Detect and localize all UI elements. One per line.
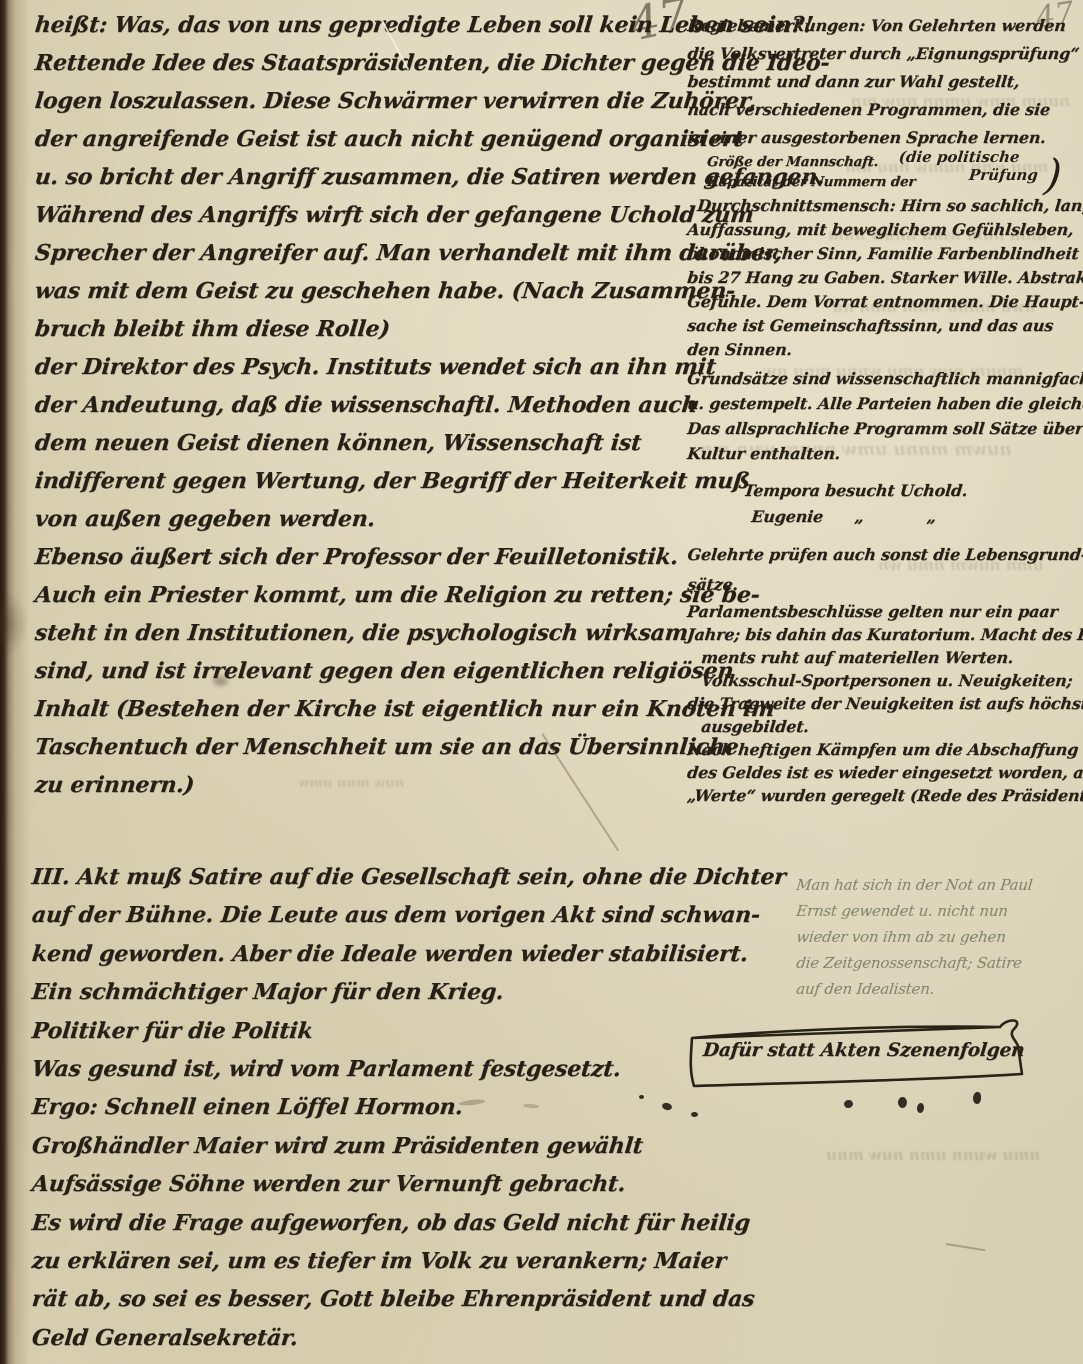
manuscript-line: heißt: Was, das von uns gepredigte Leben… [33,6,685,44]
ink-speck [843,1099,853,1108]
pencil-annotation-line: wieder von ihm ab zu gehen [795,924,1068,950]
side-note-politische-pruefung: (die politische Prüfung ) [896,148,1041,184]
pencil-annotation-line: Man hat sich in der Not an Paul [795,872,1068,898]
ink-speck [916,1103,924,1114]
manuscript-line: Tempora besucht Uchold. [742,478,1083,504]
pencil-annotation-line: Ernst gewendet u. nicht nun [795,898,1068,924]
manuscript-line: sätze. [686,570,1083,600]
ink-speck [973,1092,981,1104]
manuscript-line: Jahre; bis dahin das Kuratorium. Macht d… [686,623,1083,646]
manuscript-line: Ein schmächtiger Major für den Krieg. [30,973,689,1011]
manuscript-line: ausgebildet. [700,715,1083,738]
manuscript-line: sache ist Gemeinschaftssinn, und das aus [686,314,1083,338]
manuscript-line: die Tragweite der Neuigkeiten ist aufs h… [686,692,1083,715]
manuscript-line: Geld Generalsekretär. [30,1319,689,1357]
manuscript-line: „Werte“ wurden geregelt (Rede des Präsid… [686,784,1083,807]
manuscript-line: Taschentuch der Menschheit um sie an das… [33,728,685,766]
manuscript-line: Sprecher der Angreifer auf. Man verhande… [33,234,685,272]
manuscript-line: Ergo: Schnell einen Löffel Hormon. [30,1088,689,1126]
manuscript-line: Es wird die Frage aufgeworfen, ob das Ge… [30,1204,689,1242]
ghost-line: nmu wunn umn nuw mnu [826,1146,1040,1164]
scratch-mark [946,1243,986,1251]
manuscript-line: Politiker für die Politik [30,1012,689,1050]
manuscript-line: Rettende Idee des Staatspräsidenten, die… [33,44,685,82]
manuscript-line: auf der Bühne. Die Leute aus dem vorigen… [30,896,689,934]
manuscript-line: zu erinnern.) [33,766,685,804]
manuscript-line: bestimmt und dann zur Wahl gestellt, [686,68,1083,96]
manuscript-line: Durchschnittsmensch: Hirn so sachlich, l… [696,194,1083,218]
manuscript-line: nach verschiedenen Programmen, die sie [686,96,1083,124]
manuscript-line: Regiebemerkungen: Von Gelehrten werden [686,12,1083,40]
manuscript-line: des Geldes ist es wieder eingesetzt word… [686,761,1083,784]
boxed-note: Dafür statt Akten Szenenfolgen [678,1014,1044,1100]
left-column-part1: heißt: Was, das von uns gepredigte Leben… [33,6,681,804]
manuscript-line: von außen gegeben werden. [33,500,685,538]
side-note-line: (die politische [898,148,1041,166]
manuscript-line: kend geworden. Aber die Ideale werden wi… [30,935,689,973]
manuscript-line: Aufsässige Söhne werden zur Vernunft geb… [30,1165,689,1203]
manuscript-line: sind, und ist irrelevant gegen den eigen… [33,652,685,690]
right-column: Regiebemerkungen: Von Gelehrten werdendi… [686,12,1083,807]
manuscript-line: Nach heftigen Kämpfen um die Abschaffung [686,738,1083,761]
manuscript-line: bruch bleibt ihm diese Rolle) [33,310,685,348]
manuscript-line: indifferent gegen Wertung, der Begriff d… [33,462,685,500]
manuscript-line: Eugenie „ „ [750,504,1083,530]
manuscript-line: der angreifende Geist ist auch nicht gen… [33,120,685,158]
manuscript-line: Volksschul-Sportpersonen u. Neuigkeiten; [700,669,1083,692]
manuscript-page: nuum mnw umnn nuw mnmnu wnn numw nnu umu… [0,0,1083,1364]
manuscript-line: Während des Angriffs wirft sich der gefa… [33,196,685,234]
manuscript-line: Was gesund ist, wird vom Parlament festg… [30,1050,689,1088]
manuscript-line: bis 27 Hang zu Gaben. Starker Wille. Abs… [686,266,1083,290]
manuscript-line: ökonomischer Sinn, Familie Farbenblindhe… [686,242,1083,266]
ink-speck [898,1097,907,1108]
manuscript-line: dem neuen Geist dienen können, Wissensch… [33,424,685,462]
ink-speck [639,1095,644,1099]
manuscript-line: Auffassung, mit beweglichem Gefühlsleben… [686,218,1083,242]
manuscript-line: Inhalt (Bestehen der Kirche ist eigentli… [33,690,685,728]
pencil-annotation-line: die Zeitgenossenschaft; Satire [795,950,1068,976]
manuscript-line: zu erklären sei, um es tiefer im Volk zu… [30,1242,689,1280]
manuscript-line: u. so bricht der Angriff zusammen, die S… [33,158,685,196]
manuscript-line: was mit dem Geist zu geschehen habe. (Na… [33,272,685,310]
manuscript-line: Das allsprachliche Programm soll Sätze ü… [686,416,1083,441]
side-note-line: Prüfung [968,166,1039,184]
manuscript-line: den Sinnen. [686,338,1083,362]
manuscript-line: Auch ein Priester kommt, um die Religion… [33,576,685,614]
ink-speck [691,1112,698,1117]
manuscript-line: Parlamentsbeschlüsse gelten nur ein paar [686,600,1083,623]
manuscript-line: ments ruht auf materiellen Werten. [700,646,1083,669]
ink-speck [213,676,228,686]
manuscript-line: rät ab, so sei es besser, Gott bleibe Eh… [30,1280,689,1318]
manuscript-line: III. Akt muß Satire auf die Gesellschaft… [30,858,689,896]
manuscript-line: der Direktor des Psych. Instituts wendet… [33,348,685,386]
pencil-annotation: Man hat sich in der Not an PaulErnst gew… [795,872,1065,1002]
pencil-annotation-line: auf den Idealisten. [795,976,1068,1002]
manuscript-line: Gelehrte prüfen auch sonst die Lebensgru… [686,540,1083,570]
manuscript-line: logen loszulassen. Diese Schwärmer verwi… [33,82,685,120]
manuscript-line: Gefühle. Dem Vorrat entnommen. Die Haupt… [686,290,1083,314]
left-column-part2: III. Akt muß Satire auf die Gesellschaft… [30,858,685,1357]
manuscript-line: der Andeutung, daß die wissenschaftl. Me… [33,386,685,424]
manuscript-line: steht in den Institutionen, die psycholo… [33,614,685,652]
manuscript-line: die Volksvertreter durch „Eignungsprüfun… [686,40,1083,68]
manuscript-line: Kultur enthalten. [686,441,1083,466]
manuscript-line: Ebenso äußert sich der Professor der Feu… [33,538,685,576]
manuscript-line: u. gestempelt. Alle Parteien haben die g… [686,391,1083,416]
binding-edge [0,0,30,1364]
manuscript-line: Großhändler Maier wird zum Präsidenten g… [30,1127,689,1165]
boxed-note-text: Dafür statt Akten Szenenfolgen [702,1040,1025,1061]
edge-stain [0,592,28,656]
manuscript-line: Grundsätze sind wissenschaftlich mannigf… [686,366,1083,391]
